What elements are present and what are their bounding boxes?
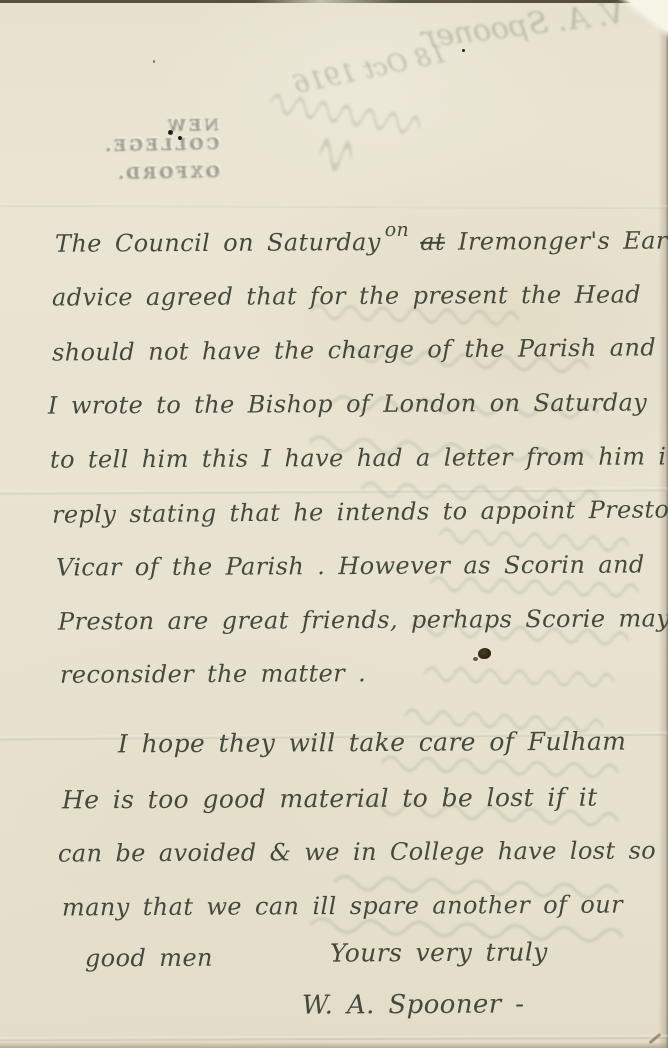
letter-line: I wrote to the Bishop of London on Satur… <box>48 388 647 419</box>
letter-line: advice agreed that for the present the H… <box>52 280 641 311</box>
letter-line: Preston are great friends, perhaps Scori… <box>58 604 668 635</box>
letter-scan: NEW COLLEGE. OXFORD. V. A. Spooner 18 Oc… <box>0 0 668 1048</box>
letter-line: Vicar of the Parish . However as Scorin … <box>56 550 645 581</box>
letter-line: I hope they will take care of Fulham <box>118 727 626 759</box>
letter-closing: Yours very truly <box>330 937 548 967</box>
paper-bottom-edge <box>0 1042 668 1048</box>
letter-line-good-men: good men <box>85 944 213 973</box>
bleed-through-ghost-writing <box>260 82 424 147</box>
letterhead-college: NEW COLLEGE. <box>49 115 220 156</box>
letter-line: The Council on Saturdayon at Iremonger's… <box>55 226 668 257</box>
bleed-through-ghost-writing <box>310 136 353 174</box>
letterhead-city: OXFORD. <box>50 162 220 184</box>
ink-speck <box>153 60 155 63</box>
letter-line: to tell him this I have had a letter fro… <box>50 442 668 473</box>
letter-line: can be avoided & we in College have lost… <box>58 836 656 867</box>
letter-line: He is too good material to be lost if it <box>62 783 598 815</box>
letter-line: many that we can ill spare another of ou… <box>62 891 623 922</box>
line1-struck-word: at <box>420 228 445 256</box>
fold-crease <box>0 1035 668 1041</box>
line1-inserted-word: on <box>385 219 410 241</box>
line1-post: Iremonger's Earnest <box>458 226 668 255</box>
fold-crease <box>0 203 668 209</box>
letter-signature: W. A. Spooner - <box>302 989 525 1020</box>
ink-speck <box>178 136 182 140</box>
letter-line: reconsider the matter . <box>60 659 366 689</box>
paper-right-edge <box>658 0 668 1048</box>
letter-line: should not have the charge of the Parish… <box>52 333 656 366</box>
bleed-through-ghost-writing <box>415 659 616 696</box>
letterhead-showthrough: NEW COLLEGE. OXFORD. <box>49 115 220 193</box>
ink-speck <box>462 49 465 52</box>
ink-speck <box>168 130 173 135</box>
line1-pre: The Council on Saturday <box>55 228 381 258</box>
letter-line: reply stating that he intends to appoint… <box>52 495 668 529</box>
ink-blot <box>478 648 491 659</box>
